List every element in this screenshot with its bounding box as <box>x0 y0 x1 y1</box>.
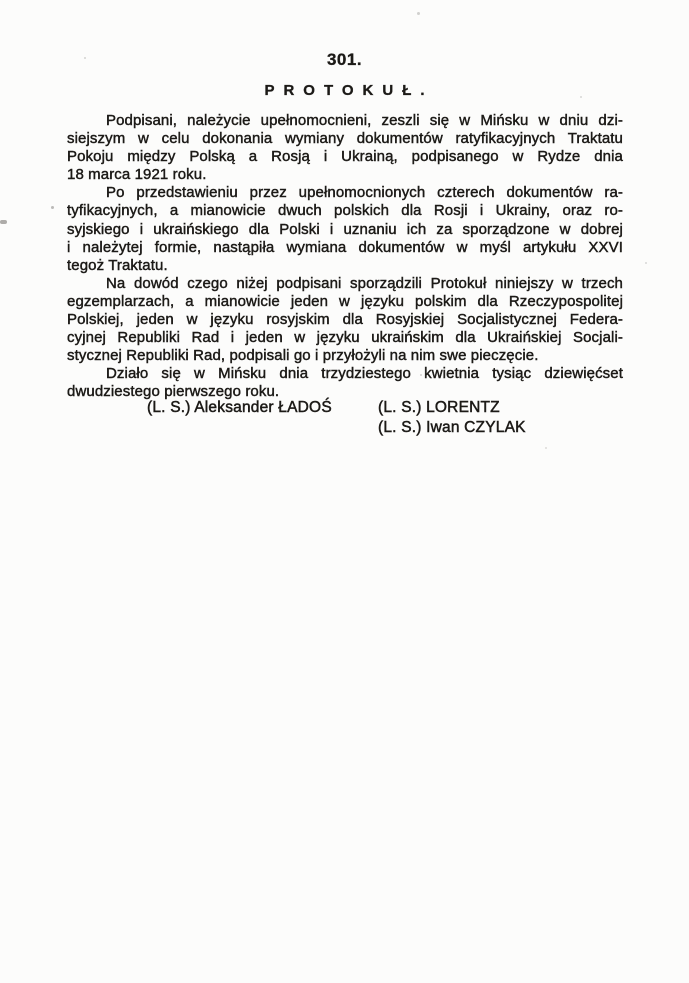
document-page: 301. PROTOKUŁ. Podpisani, należycie upeł… <box>0 0 689 983</box>
body-line: Podpisani, należycie upełnomocnieni, zes… <box>67 112 623 130</box>
scan-speck <box>417 12 420 15</box>
page-number: 301. <box>0 50 689 70</box>
document-title: PROTOKUŁ. <box>0 82 689 99</box>
signature-block: (L. S.) Aleksander ŁADOŚ (L. S.) LORENTZ… <box>147 398 526 438</box>
body-line: Pokoju między Polską a Rosją i Ukrainą, … <box>67 148 623 166</box>
body-line: i należytej formie, nastąpiła wymiana do… <box>67 239 623 257</box>
body-line: siejszym w celu dokonania wymiany dokume… <box>67 130 623 148</box>
scan-speck <box>545 447 547 449</box>
body-line: tegoż Traktatu. <box>67 257 623 275</box>
body-line: 18 marca 1921 roku. <box>67 166 623 184</box>
body-line: stycznej Republiki Rad, podpisali go i p… <box>67 347 623 365</box>
body-line: tyfikacyjnych, a mianowicie dwuch polski… <box>67 202 623 220</box>
body-line: Na dowód czego niżej podpisani sporządzi… <box>67 275 623 293</box>
body-line: Polskiej, jeden w języku rosyjskim dla R… <box>67 311 623 329</box>
body-line: syjskiego i ukraińskiego dla Polski i uz… <box>67 221 623 239</box>
body-line: egzemplarzach, a mianowicie jeden w języ… <box>67 293 623 311</box>
signature-lados: (L. S.) Aleksander ŁADOŚ <box>147 398 378 438</box>
document-body: Podpisani, należycie upełnomocnieni, zes… <box>67 112 623 402</box>
body-line: Działo się w Mińsku dnia trzydziestego k… <box>67 365 623 383</box>
signature-right-column: (L. S.) LORENTZ (L. S.) Iwan CZYLAK <box>378 398 526 438</box>
scan-speck <box>0 220 7 224</box>
signature-czylak: (L. S.) Iwan CZYLAK <box>378 418 526 438</box>
body-line: Po przedstawieniu przez upełnomocnionych… <box>67 184 623 202</box>
body-line: cyjnej Republiki Rad i jeden w języku uk… <box>67 329 623 347</box>
scan-speck <box>51 206 54 209</box>
scan-speck <box>645 262 647 264</box>
signature-lorentz: (L. S.) LORENTZ <box>378 398 526 418</box>
